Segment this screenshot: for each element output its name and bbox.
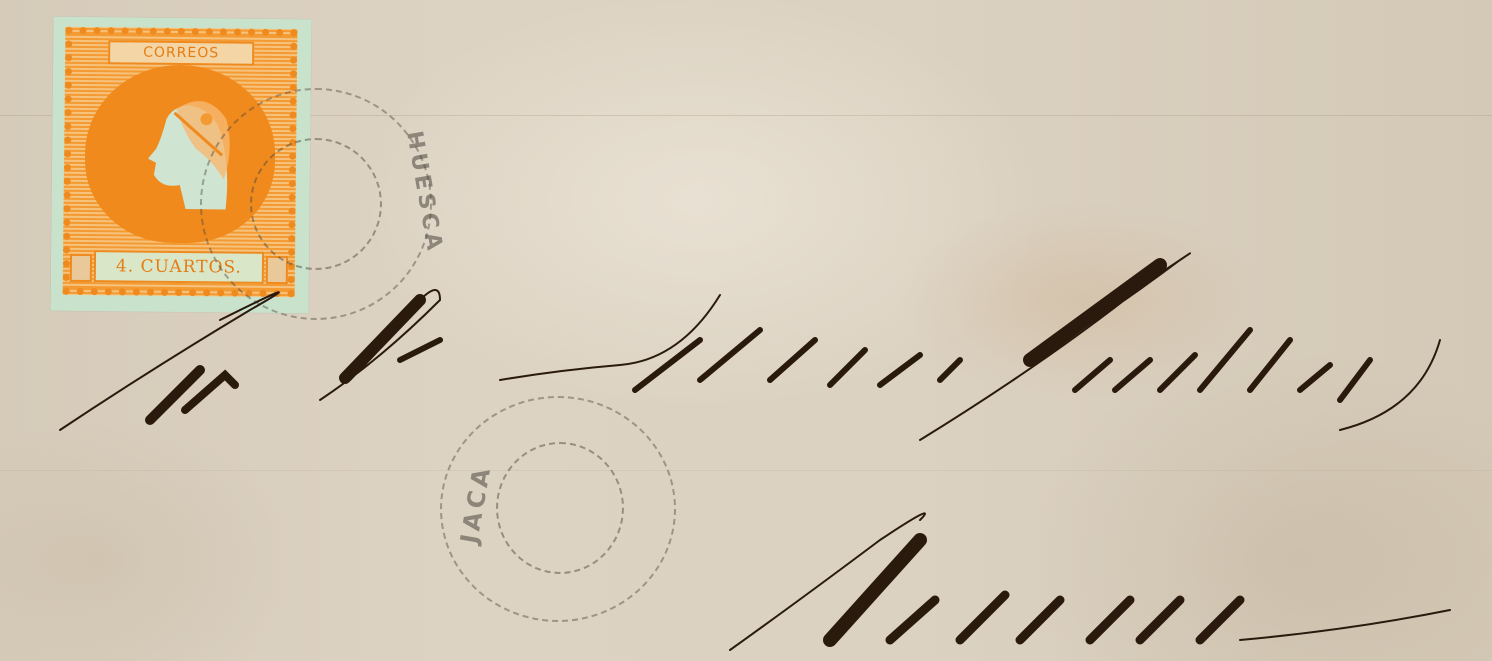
paper-fold [0, 470, 1492, 471]
postmark-jaca: JACA [440, 396, 676, 622]
stamp-corner-ornament [70, 254, 92, 282]
postmark-inner-ring [250, 138, 382, 270]
postmark-inner-ring [496, 442, 624, 574]
postmark-town: JACA [455, 462, 496, 545]
postmark-huesca: HUESCA [200, 88, 432, 320]
envelope-cover: CORREOS 4. CUARTOS. HUESCA JACA [0, 0, 1492, 661]
postmark-town: HUESCA [401, 129, 447, 256]
stamp-header: CORREOS [108, 40, 254, 66]
